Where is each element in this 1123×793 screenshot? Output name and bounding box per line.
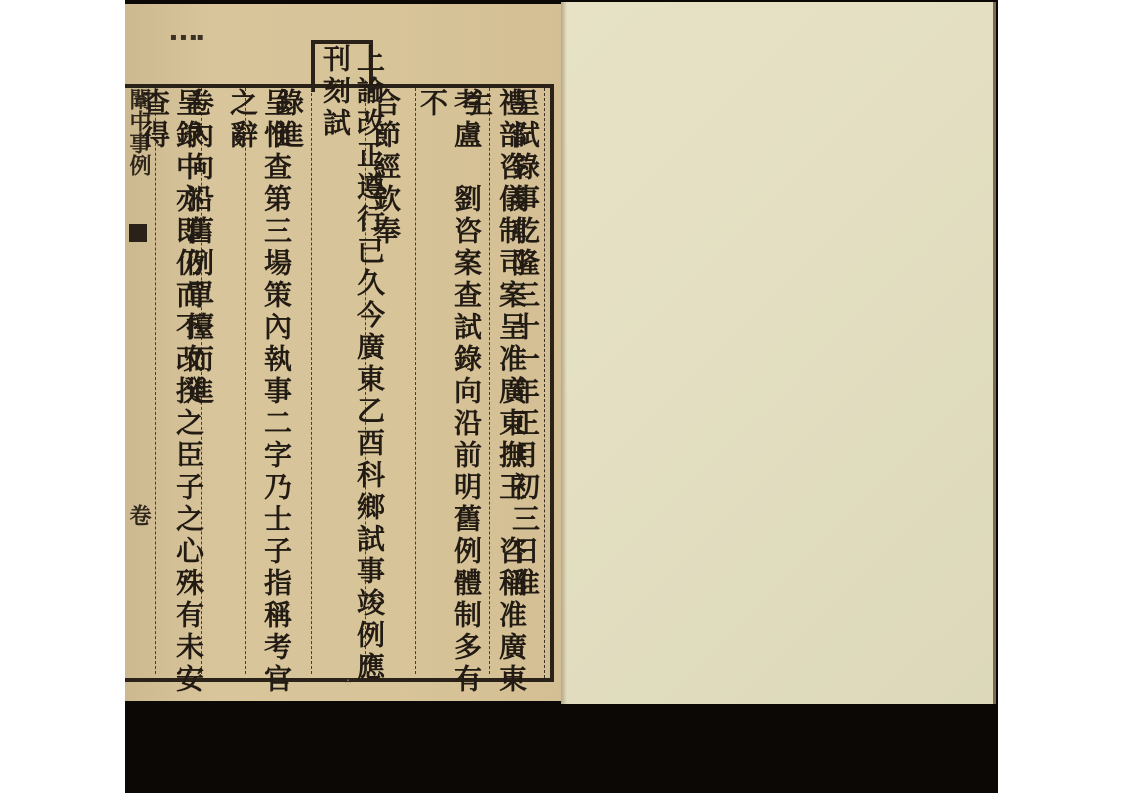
worn-marks: ▪ ▪ ▪▪ (170, 32, 203, 43)
text-column-9: 呈錄中亦即仍而不改揆之臣子之心殊有未安查得 (137, 88, 205, 701)
text-column-3: 考盧 劉咨案查試錄向沿前明舊例體制多有不 (415, 88, 483, 701)
page-gutter-shadow (561, 2, 567, 704)
column-rule (311, 88, 312, 674)
left-page: ▪ ▪ ▪▪ 闈中事例 卷 呈試錄事乾隆三十一年正月初三日准 禮部咨儀制司案呈准… (125, 4, 561, 701)
right-page-blank (561, 2, 996, 704)
text-column-7: 呈惟查第三場策內執事二字乃士子指稱考官之辭 (225, 88, 293, 701)
book-scan: ▪ ▪ ▪▪ 闈中事例 卷 呈試錄事乾隆三十一年正月初三日准 禮部咨儀制司案呈准… (125, 0, 998, 793)
pinhole-marks: ⁘ (343, 676, 355, 690)
frame-inner-rule (544, 88, 546, 678)
text-column-5-edict: 上諭改正遵行已久今廣東乙酉科鄉試事竣例應刊刻試 (318, 44, 386, 701)
